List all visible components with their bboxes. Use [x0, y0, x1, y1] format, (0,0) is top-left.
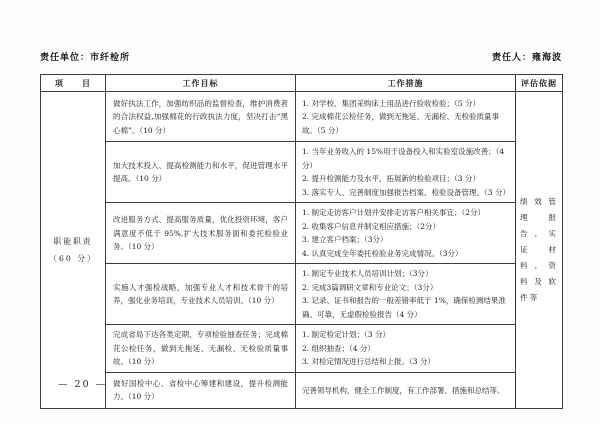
table-row: 加大技术投入、提高检测能力和水平，促进管理水平提高。（10 分） 1. 当年业务… [41, 142, 563, 203]
table-row: 职能职责 （60 分） 做好执法工作，加强纺织品的监督检查，维护消费者的合法权益… [41, 92, 563, 142]
column-header-goal: 工作目标 [106, 75, 296, 92]
evaluation-basis-cell: 绩效管理报告、实证材料、资料及软件等 [516, 92, 563, 409]
measures-cell: 1. 制定检定计划；（3 分） 2. 组织抽查；（4 分） 3. 对检定情况进行… [296, 325, 516, 373]
table-row: 做好国检中心、省检中心筹建和建设，提升检测能力。（10 分） 完善领导机构，健全… [41, 372, 563, 408]
table-row: 改进服务方式、提高服务质量，优化投资环境，客户满意度不低于 95%,扩大技术服务… [41, 203, 563, 264]
responsible-person-label: 责任人：雍海波 [492, 50, 562, 63]
goal-cell: 改进服务方式、提高服务质量，优化投资环境，客户满意度不低于 95%,扩大技术服务… [106, 203, 296, 264]
goal-cell: 加大技术投入、提高检测能力和水平，促进管理水平提高。（10 分） [106, 142, 296, 203]
measures-cell: 完善领导机构，健全工作制度，有工作部署、措施和总结等。 [296, 372, 516, 408]
page-number: — 20 — [58, 379, 107, 390]
goal-cell: 实施人才强检战略，加强专业人才和技术骨干的培养，强化业务培训，专业技术人员培训。… [106, 264, 296, 325]
measures-cell: 1. 制定专业技术人员培训计划；（3分） 2. 完成3篇调研文章和专业论文；（3… [296, 264, 516, 325]
column-header-measures: 工作措施 [296, 75, 516, 92]
document-page: 责任单位：市纤检所 责任人：雍海波 项 目 工作目标 工作措施 评估依据 职能职… [0, 0, 600, 424]
table-header-row: 项 目 工作目标 工作措施 评估依据 [41, 75, 563, 92]
item-group-cell: 职能职责 （60 分） [41, 92, 106, 409]
document-header: 责任单位：市纤检所 责任人：雍海波 [40, 50, 562, 63]
goal-cell: 做好国检中心、省检中心筹建和建设，提升检测能力。（10 分） [106, 372, 296, 408]
measures-cell: 1. 当年业务收入的 15%用于设备投入和实验室设施改善；（4 分） 2. 提升… [296, 142, 516, 203]
goal-cell: 做好执法工作，加强纺织品的监督检查，维护消费者的合法权益,加强棉花的行政执法力度… [106, 92, 296, 142]
goal-cell: 完成省局下达各类定期、专项检验抽查任务；完成棉花公检任务，做到无拖延、无漏检、无… [106, 325, 296, 373]
table-row: 完成省局下达各类定期、专项检验抽查任务；完成棉花公检任务，做到无拖延、无漏检、无… [41, 325, 563, 373]
column-header-basis: 评估依据 [516, 75, 563, 92]
table-row: 实施人才强检战略，加强专业人才和技术骨干的培养，强化业务培训，专业技术人员培训。… [41, 264, 563, 325]
column-header-item: 项 目 [41, 75, 106, 92]
measures-cell: 1. 制定走访客户计划并安排走访客户相关事宜；（2分） 2. 收集客户信息并制定… [296, 203, 516, 264]
responsibility-table: 项 目 工作目标 工作措施 评估依据 职能职责 （60 分） 做好执法工作，加强… [40, 74, 563, 409]
measures-cell: 1. 对学校、集团采购床上用品进行验收检验；（5 分） 2. 完成棉花公检任务，… [296, 92, 516, 142]
responsible-unit-label: 责任单位：市纤检所 [40, 50, 130, 63]
